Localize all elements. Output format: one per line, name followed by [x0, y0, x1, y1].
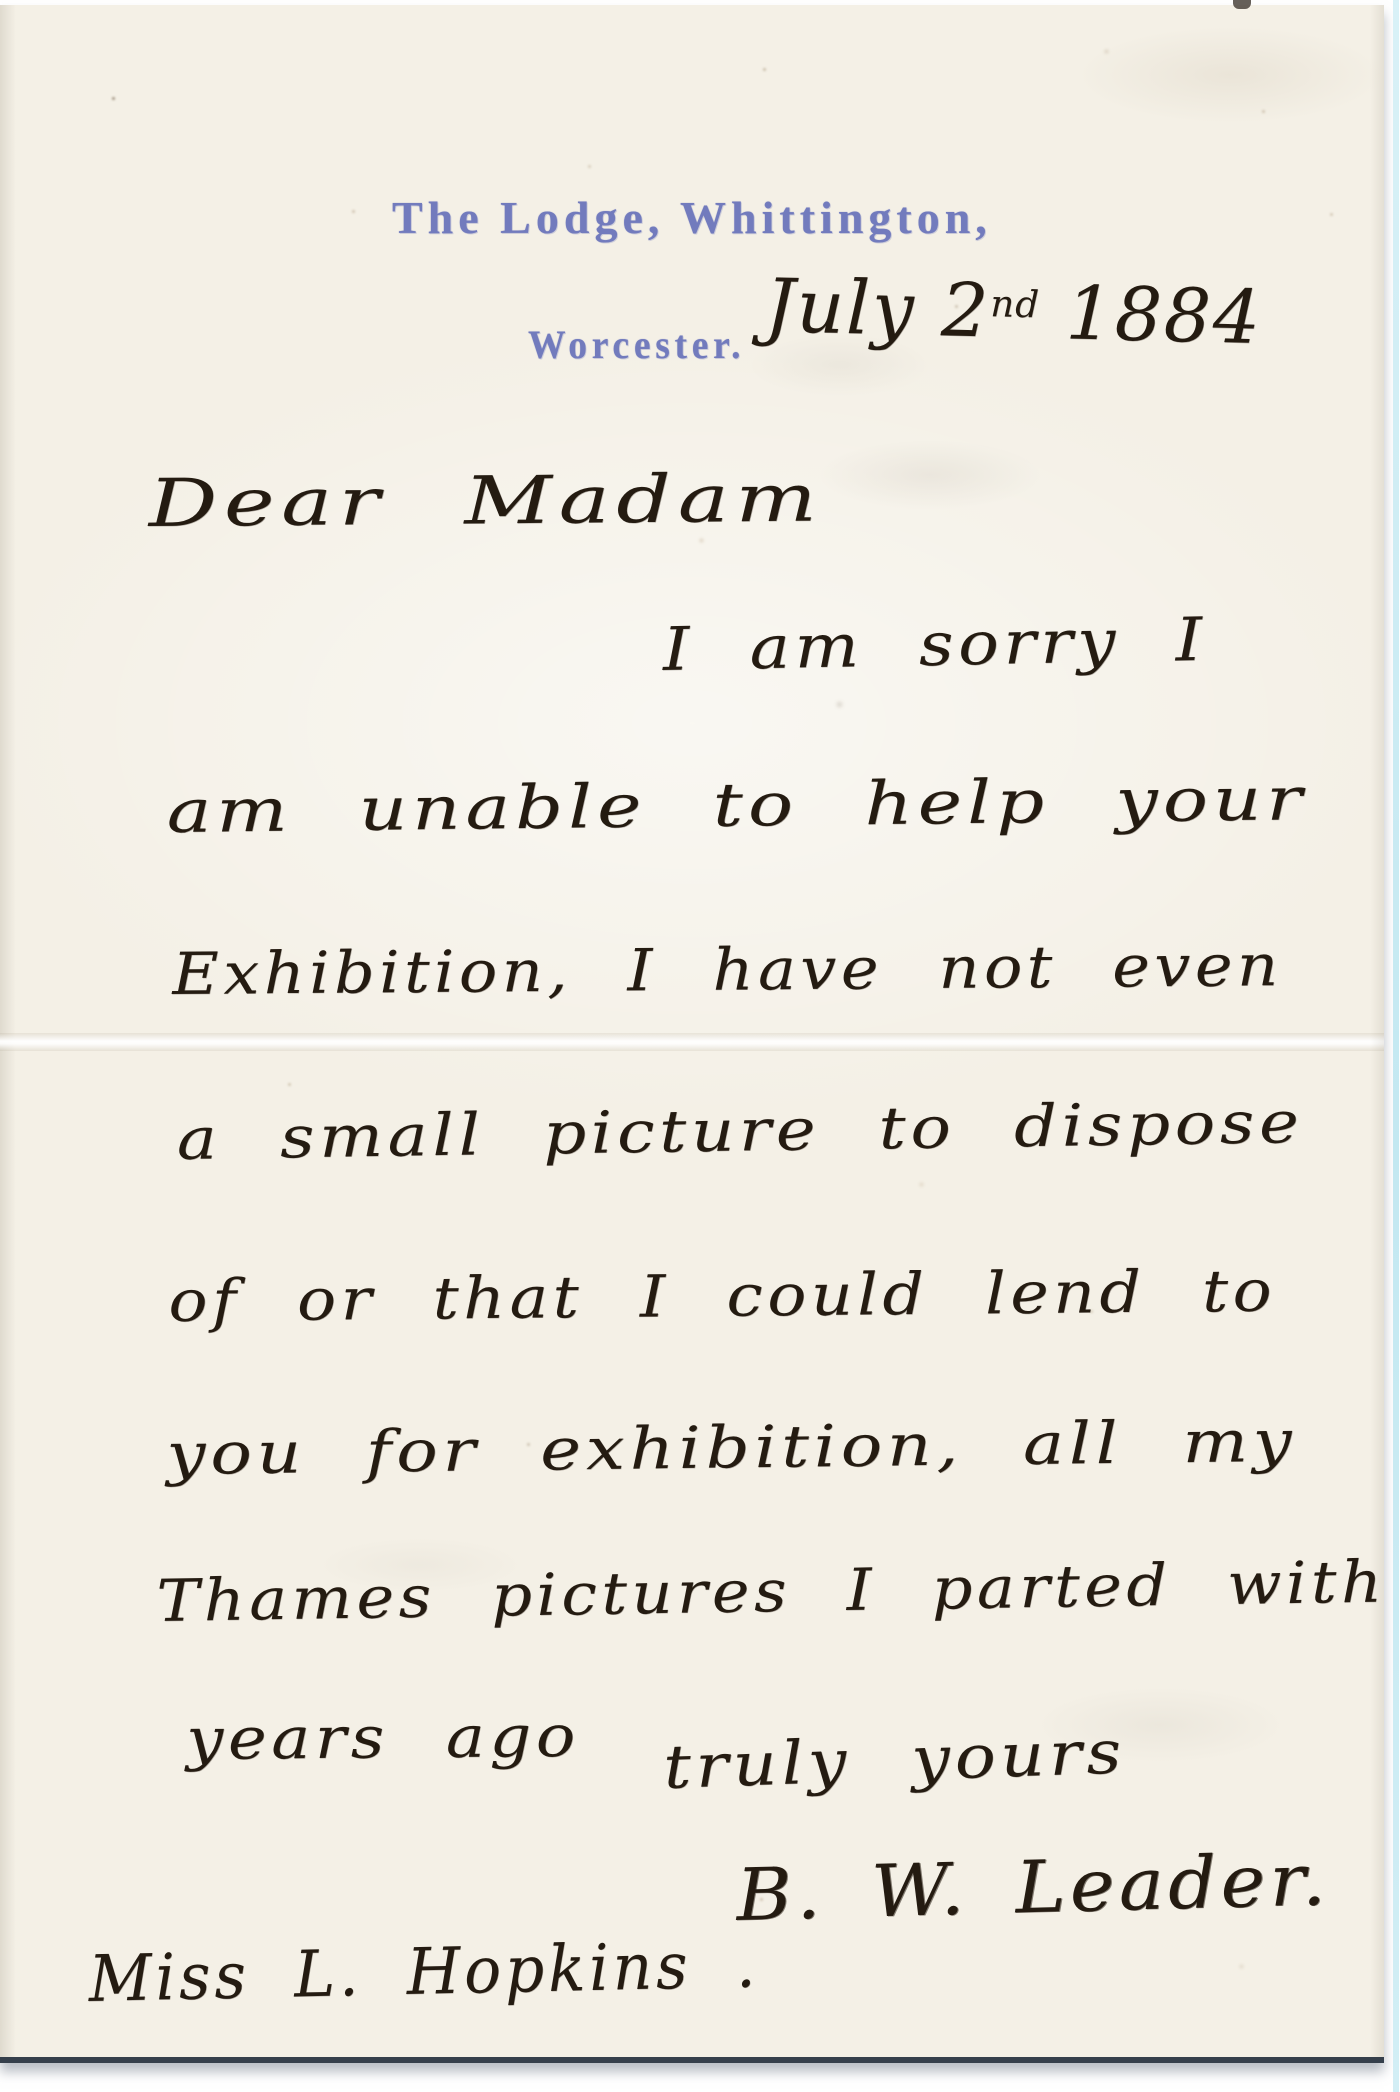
letter-line: Exhibition, I have not even	[172, 931, 1283, 1008]
scanner-edge	[1393, 0, 1399, 2092]
letter-line: I am sorry I	[662, 605, 1208, 685]
date-month-day: July 2	[764, 263, 991, 354]
letter-line: years ago	[186, 1702, 580, 1773]
closing-line: truly yours	[662, 1717, 1127, 1803]
letter-line: Thames pictures I parted with	[156, 1547, 1387, 1635]
letter-line: am unable to help your	[166, 764, 1308, 847]
date-ordinal-suffix: nd	[990, 282, 1041, 326]
handwritten-date: July 2nd1884	[764, 263, 1263, 361]
letter-line: a small picture to dispose	[176, 1088, 1304, 1173]
letterhead-address-line2: Worcester.	[528, 321, 745, 368]
date-year: 1884	[1065, 270, 1263, 361]
fold-crease	[0, 1033, 1384, 1051]
letter-line: of or that I could lend to	[168, 1257, 1277, 1335]
salutation-line: Dear Madam	[148, 460, 824, 542]
addressee-line: Miss L. Hopkins .	[88, 1928, 760, 2017]
scan-artifact	[1233, 0, 1251, 9]
letter-line: you for exhibition, all my	[166, 1407, 1297, 1488]
letterhead-address-line1: The Lodge, Whittington,	[392, 191, 992, 244]
letter-sheet: The Lodge, Whittington, Worcester. July …	[0, 5, 1384, 2063]
signature: B. W. Leader.	[735, 1837, 1331, 1937]
foxing-specks	[0, 5, 3, 8]
